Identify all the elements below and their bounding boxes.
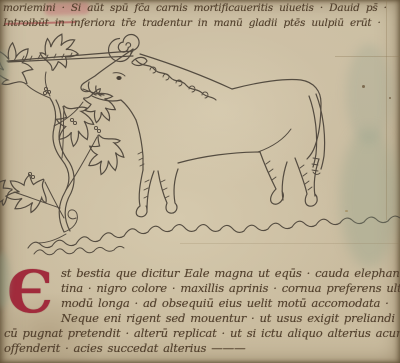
berry-cluster xyxy=(28,87,100,178)
lobed-leaf xyxy=(0,174,13,207)
top-text-block: moriemini · Si aūt spū fc̄a carnis morti… xyxy=(3,1,398,31)
tree-root-curl xyxy=(38,210,77,243)
body-text-block: Є st bestia que dicitur Eale magna ut eq… xyxy=(4,266,398,356)
neck-chest xyxy=(136,120,143,170)
body-text-line-4: Neque eni rigent sed mouentur · ut usus … xyxy=(4,311,398,326)
lobed-leaf xyxy=(36,32,82,76)
belly xyxy=(178,152,260,163)
lobed-leaf xyxy=(0,37,44,96)
body-text-line-6: offenderit · acies succedat alterius ——— xyxy=(4,341,398,356)
ruling-line-vertical xyxy=(386,0,387,220)
illuminated-initial-E: Є xyxy=(6,267,54,313)
ruling-line-horizontal xyxy=(335,56,400,57)
body-text-line-1: st bestia que dicitur Eale magna ut eqūs… xyxy=(4,266,398,281)
manuscript-page: moriemini · Si aūt spū fc̄a carnis morti… xyxy=(0,0,400,363)
brow-line xyxy=(113,73,125,76)
top-text-line-1: moriemini · Si aūt spū fc̄a carnis morti… xyxy=(3,1,398,16)
eye xyxy=(116,76,121,80)
ear xyxy=(132,57,147,65)
fetlock-hatching xyxy=(138,152,312,198)
body-text-line-3: modū longa · ad obsequiū eius uelit motū… xyxy=(4,296,398,311)
ink-speck xyxy=(389,97,391,99)
hind-leg xyxy=(260,152,287,204)
back-horn xyxy=(140,54,232,89)
body-text-line-2: tina · nigro colore · maxillis aprinis ·… xyxy=(4,281,398,296)
back-rump xyxy=(232,79,321,159)
front-leg xyxy=(158,169,178,213)
tree-branch xyxy=(14,72,97,218)
ink-speck xyxy=(362,85,365,88)
eale-illustration xyxy=(0,32,400,262)
tree-foliage xyxy=(0,32,129,243)
top-text-line-2: Introibūt in inferiora tr̄e tradentur in… xyxy=(3,16,398,31)
haunch-line xyxy=(258,129,291,152)
body-text-line-5: cū pugnat pretendit · alterū replicat · … xyxy=(4,326,398,341)
front-leg xyxy=(136,170,154,217)
ruling-line-horizontal xyxy=(180,243,400,244)
tail xyxy=(309,94,325,169)
ink-speck xyxy=(345,210,348,212)
